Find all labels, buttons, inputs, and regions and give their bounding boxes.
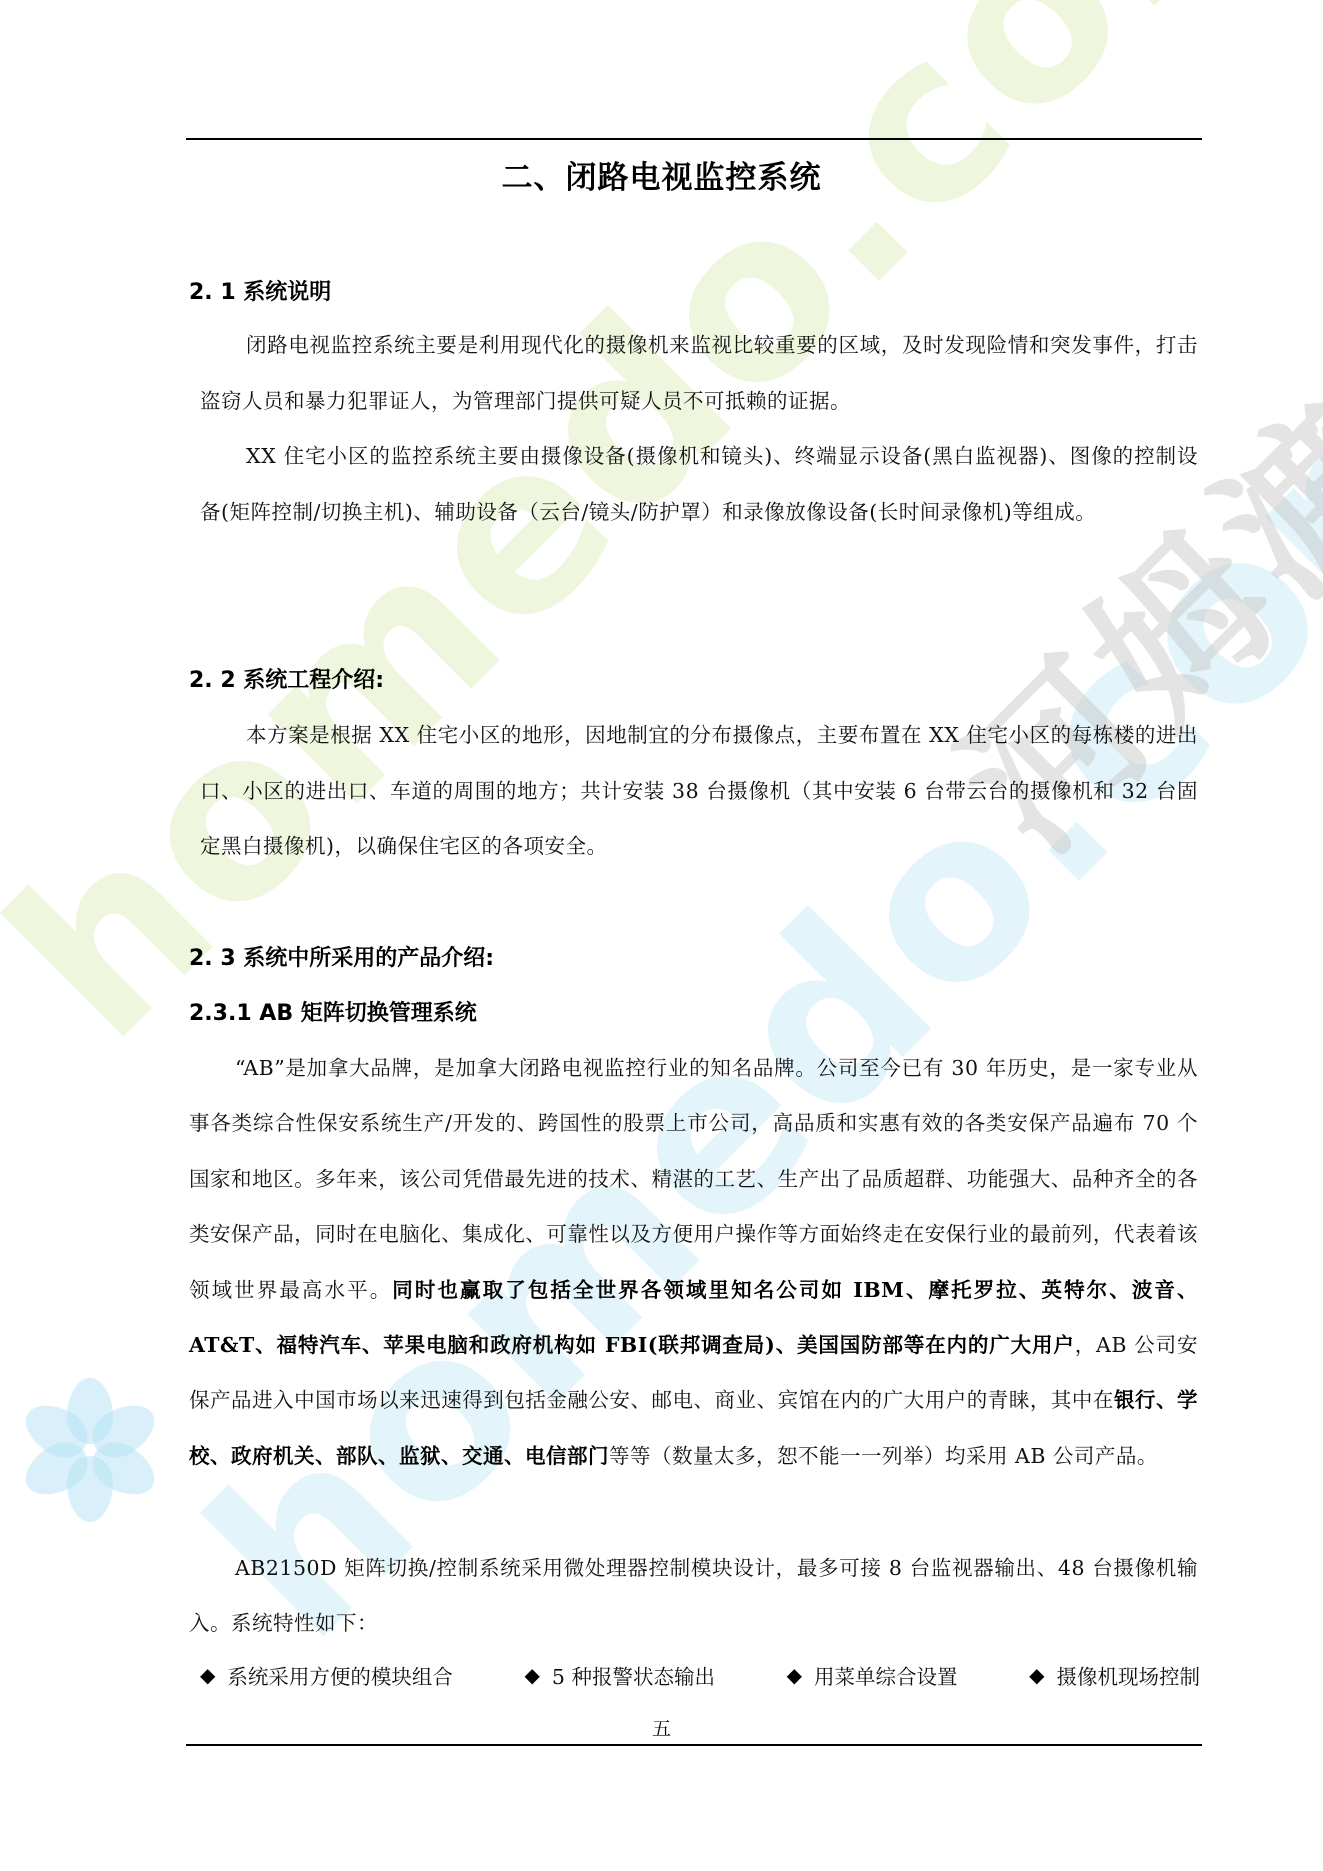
page-title: 二、闭路电视监控系统: [0, 152, 1323, 197]
section-heading-2-1: 2. 1 系统说明: [189, 275, 331, 306]
paragraph-ab2150d: AB2150D 矩阵切换/控制系统采用微处理器控制模块设计，最多可接 8 台监视…: [189, 1541, 1198, 1652]
paragraph-ab-brand: “AB”是加拿大品牌，是加拿大闭路电视监控行业的知名品牌。公司至今已有 30 年…: [189, 1041, 1198, 1484]
paragraph-2-1-a: 闭路电视监控系统主要是利用现代化的摄像机来监视比较重要的区域，及时发现险情和突发…: [200, 318, 1198, 429]
subsection-heading-2-3-1: 2.3.1 AB 矩阵切换管理系统: [189, 996, 477, 1027]
feature-label: 5 种报警状态输出: [552, 1660, 715, 1690]
feature-item: ◆ 5 种报警状态输出: [525, 1660, 715, 1690]
footer-rule: [186, 1744, 1202, 1746]
feature-label: 系统采用方便的模块组合: [227, 1660, 453, 1690]
feature-label: 用菜单综合设置: [814, 1660, 958, 1690]
header-rule: [186, 138, 1202, 140]
paragraph-2-2: 本方案是根据 XX 住宅小区的地形，因地制宜的分布摄像点，主要布置在 XX 住宅…: [200, 708, 1198, 875]
diamond-bullet-icon: ◆: [1029, 1663, 1044, 1687]
feature-list: ◆ 系统采用方便的模块组合 ◆ 5 种报警状态输出 ◆ 用菜单综合设置 ◆ 摄像…: [200, 1660, 1200, 1690]
feature-item: ◆ 用菜单综合设置: [787, 1660, 958, 1690]
diamond-bullet-icon: ◆: [787, 1663, 802, 1687]
flower-logo-icon: [10, 1370, 170, 1530]
feature-item: ◆ 摄像机现场控制: [1029, 1660, 1200, 1690]
brand-text-3: 等等（数量太多，恕不能一一列举）均采用 AB 公司产品。: [609, 1444, 1158, 1468]
section-heading-2-3: 2. 3 系统中所采用的产品介绍:: [189, 941, 494, 972]
feature-label: 摄像机现场控制: [1057, 1660, 1201, 1690]
feature-item: ◆ 系统采用方便的模块组合: [200, 1660, 453, 1690]
section-heading-2-2: 2. 2 系统工程介绍:: [189, 663, 384, 694]
paragraph-2-1-b: XX 住宅小区的监控系统主要由摄像设备(摄像机和镜头)、终端显示设备(黑白监视器…: [200, 429, 1198, 540]
brand-text-1: “AB”是加拿大品牌，是加拿大闭路电视监控行业的知名品牌。公司至今已有 30 年…: [189, 1056, 1198, 1302]
page-number: 五: [0, 1714, 1323, 1741]
diamond-bullet-icon: ◆: [525, 1663, 540, 1687]
diamond-bullet-icon: ◆: [200, 1663, 215, 1687]
